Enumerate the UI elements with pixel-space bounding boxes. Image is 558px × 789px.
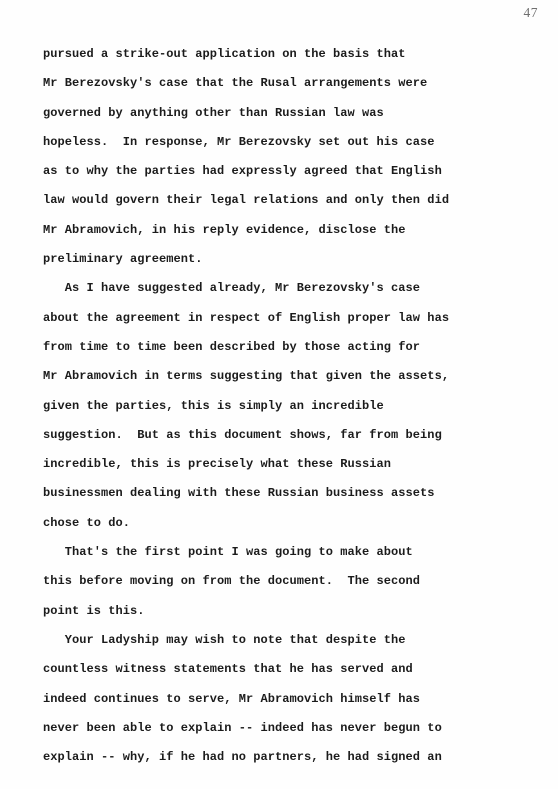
transcript-line: businessmen dealing with these Russian b…: [43, 479, 543, 508]
transcript-line: suggestion. But as this document shows, …: [43, 421, 543, 450]
transcript-line: Mr Abramovich, in his reply evidence, di…: [43, 216, 543, 245]
transcript-line: countless witness statements that he has…: [43, 655, 543, 684]
transcript-line: never been able to explain -- indeed has…: [43, 714, 543, 743]
transcript-line: governed by anything other than Russian …: [43, 99, 543, 128]
transcript-line: preliminary agreement.: [43, 245, 543, 274]
transcript-page: 47 pursued a strike-out application on t…: [0, 0, 558, 789]
transcript-text: pursued a strike-out application on the …: [43, 40, 543, 772]
transcript-line: That's the first point I was going to ma…: [43, 538, 543, 567]
transcript-line: As I have suggested already, Mr Berezovs…: [43, 274, 543, 303]
page-number: 47: [524, 5, 539, 21]
transcript-line: about the agreement in respect of Englis…: [43, 304, 543, 333]
transcript-line: indeed continues to serve, Mr Abramovich…: [43, 685, 543, 714]
transcript-line: Mr Abramovich in terms suggesting that g…: [43, 362, 543, 391]
transcript-line: pursued a strike-out application on the …: [43, 40, 543, 69]
transcript-line: Mr Berezovsky's case that the Rusal arra…: [43, 69, 543, 98]
transcript-line: given the parties, this is simply an inc…: [43, 392, 543, 421]
transcript-line: from time to time been described by thos…: [43, 333, 543, 362]
transcript-line: explain -- why, if he had no partners, h…: [43, 743, 543, 772]
transcript-line: hopeless. In response, Mr Berezovsky set…: [43, 128, 543, 157]
transcript-line: Your Ladyship may wish to note that desp…: [43, 626, 543, 655]
transcript-line: law would govern their legal relations a…: [43, 186, 543, 215]
transcript-line: chose to do.: [43, 509, 543, 538]
transcript-line: this before moving on from the document.…: [43, 567, 543, 596]
transcript-line: incredible, this is precisely what these…: [43, 450, 543, 479]
transcript-line: as to why the parties had expressly agre…: [43, 157, 543, 186]
transcript-line: point is this.: [43, 597, 543, 626]
